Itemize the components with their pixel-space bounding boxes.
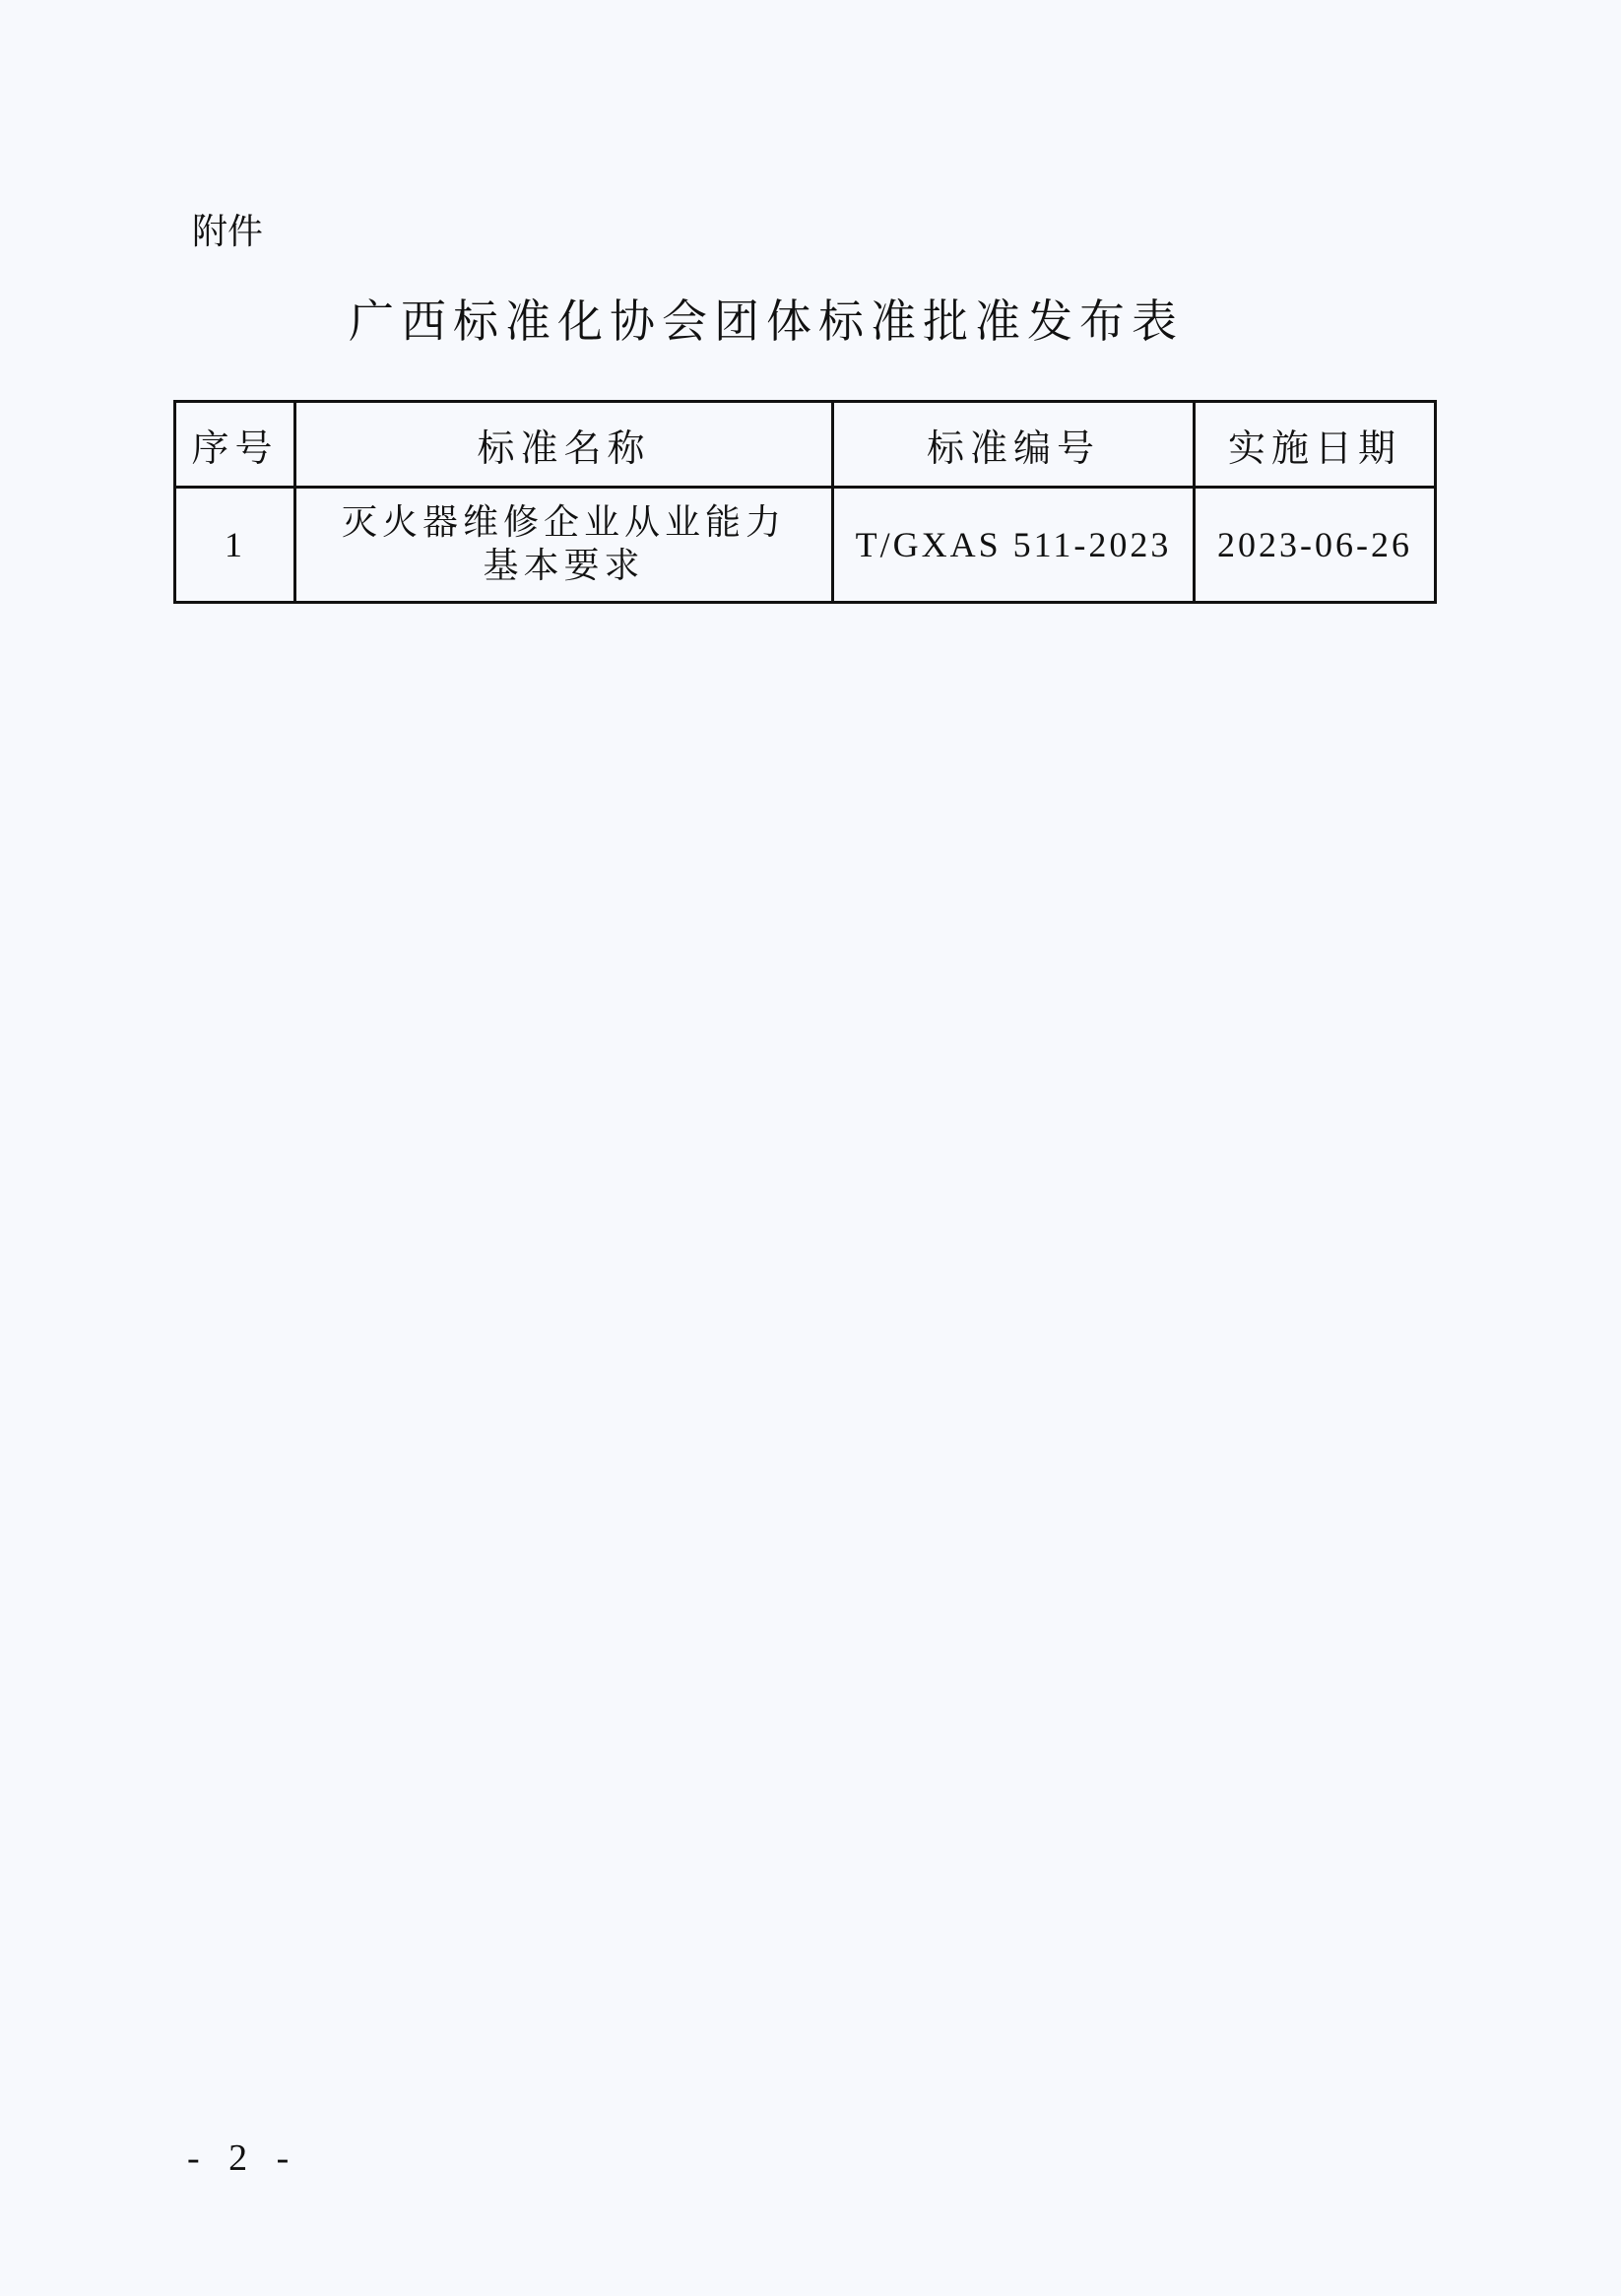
standard-name-line-2: 基本要求 bbox=[302, 545, 825, 588]
document-title-text: 广西标准化协会团体标准批准发布表 bbox=[349, 292, 1184, 351]
cell-standard-name: 灭火器维修企业从业能力 基本要求 bbox=[295, 488, 833, 603]
cell-standard-code: T/GXAS 511-2023 bbox=[833, 488, 1195, 603]
table-header-row: 序号 标准名称 标准编号 实施日期 bbox=[175, 402, 1436, 488]
table-row: 1 灭火器维修企业从业能力 基本要求 T/GXAS 511-2023 2023-… bbox=[175, 488, 1436, 603]
column-header-seq: 序号 bbox=[175, 402, 295, 488]
column-header-code: 标准编号 bbox=[833, 402, 1195, 488]
cell-seq: 1 bbox=[175, 488, 295, 603]
document-title: 广西标准化协会团体标准批准发布表 bbox=[0, 292, 1621, 351]
standards-approval-table: 序号 标准名称 标准编号 实施日期 1 灭火器维修企业从业能力 基本要求 T/G… bbox=[173, 400, 1437, 604]
column-header-date: 实施日期 bbox=[1195, 402, 1436, 488]
column-header-name: 标准名称 bbox=[295, 402, 833, 488]
attachment-label: 附件 bbox=[192, 211, 263, 254]
standard-name-line-1: 灭火器维修企业从业能力 bbox=[302, 501, 825, 545]
page-number: - 2 - bbox=[187, 2135, 298, 2181]
cell-effective-date: 2023-06-26 bbox=[1195, 488, 1436, 603]
